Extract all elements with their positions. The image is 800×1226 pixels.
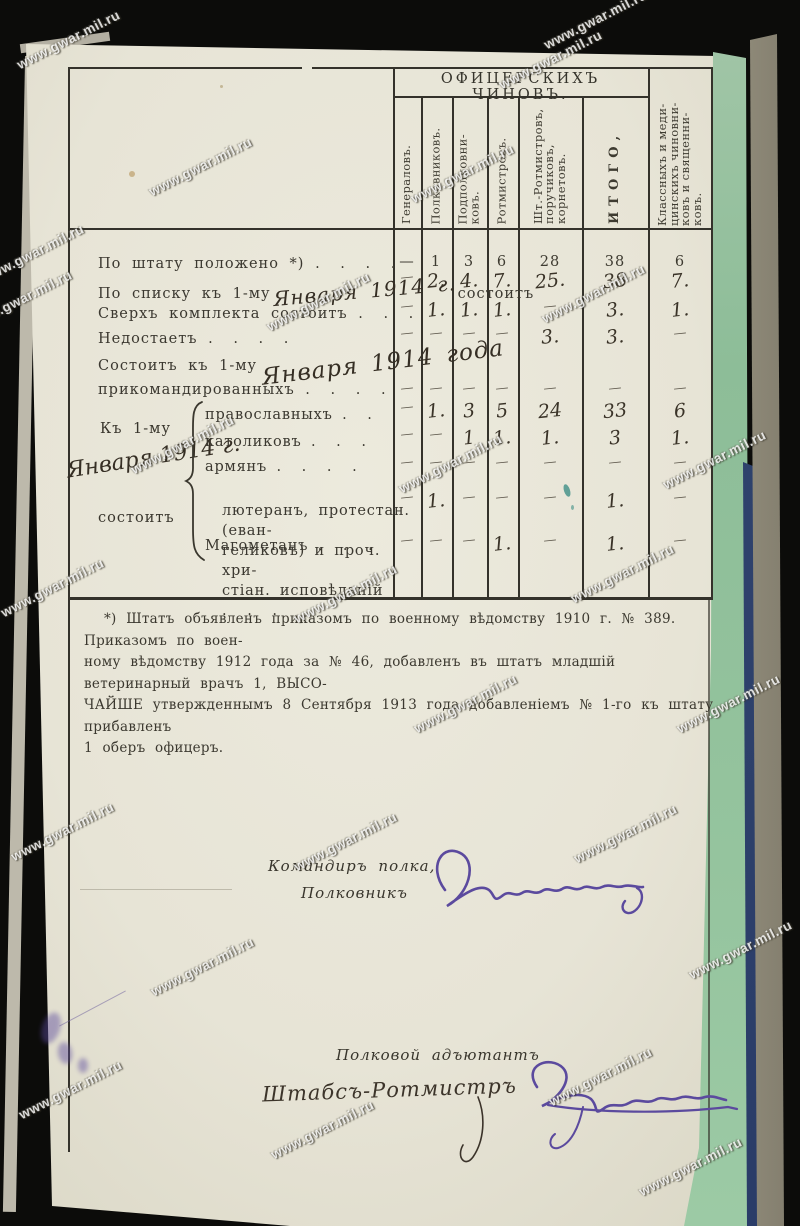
- table-cell-value: —: [462, 380, 476, 396]
- table-cell-value: 24: [537, 399, 563, 423]
- table-cell-value: —: [673, 532, 687, 548]
- table-cell-value: —: [400, 532, 414, 548]
- table-cell-value: —: [400, 399, 414, 415]
- table-cell-value: —: [543, 380, 557, 396]
- table-cell-value: 38: [605, 254, 625, 270]
- table-cell-value: —: [543, 489, 557, 505]
- table-cell-value: —: [673, 380, 687, 396]
- column-header-staff-rotmisters: Шт.-Ротмистровъ, поручиковъ, корнетовъ.: [518, 100, 582, 224]
- table-cell-value: 1.: [605, 532, 625, 556]
- table-cell-value: 1.: [605, 489, 625, 513]
- paper-stain: [129, 171, 135, 177]
- table-cell-value: 3: [608, 426, 622, 449]
- column-header-civil-clergy: Классныхъ и меди- цинскихъ чиновни- ковъ…: [650, 74, 710, 226]
- table-row-values: —1.3524336: [393, 400, 712, 426]
- table-cell-value: 7.: [492, 269, 512, 293]
- table-cell-value: 1: [431, 254, 441, 270]
- table-cell-value: 6: [675, 254, 685, 270]
- group-side-label-top: Къ 1-му: [100, 421, 171, 437]
- table-cell-value: —: [400, 298, 414, 314]
- table-cell-value: 3: [464, 254, 474, 270]
- table-cell-value: —: [400, 380, 414, 396]
- dot-leader: . . .: [311, 434, 366, 450]
- adjutant-signature: [250, 1055, 750, 1180]
- commander-signature: [415, 838, 665, 938]
- table-cell-value: —: [495, 380, 509, 396]
- table-row-values: ————3.3.—: [393, 326, 712, 352]
- table-group-title: ОФИЦЕРСКИХЪ ЧИНОВЪ.: [393, 71, 648, 103]
- row-label-attached: Состоитъ къ 1-муЯнваря 1914 года прикома…: [98, 350, 394, 398]
- frame-top-line-right: [312, 67, 712, 69]
- column-header-colonels: Полковниковъ.: [421, 101, 452, 225]
- pencil-line: [80, 889, 232, 890]
- row-label-shortage: Недостаетъ . . . .: [98, 331, 394, 347]
- table-cell-value: 3.: [605, 298, 625, 322]
- table-cell-value: —: [462, 454, 476, 470]
- table-cell-value: 1.: [426, 489, 446, 513]
- table-cell-value: —: [495, 454, 509, 470]
- table-cell-value: —: [543, 532, 557, 548]
- table-cell-value: —: [400, 454, 414, 470]
- table-cell-value: —: [462, 325, 476, 341]
- table-row-values: —2.4.7.25.387.: [393, 270, 712, 296]
- table-cell-value: 1.: [492, 532, 512, 556]
- table-cell-value: 7.: [670, 269, 690, 293]
- table-cell-value: —: [673, 489, 687, 505]
- table-row-values: ———————: [393, 455, 712, 481]
- table-cell-value: 1.: [492, 426, 512, 450]
- table-row-values: —1.1.1.—3.1.: [393, 299, 712, 325]
- table-cell-value: —: [495, 325, 509, 341]
- table-cell-value: 1.: [426, 399, 446, 423]
- table-cell-value: —: [495, 489, 509, 505]
- table-cell-value: 25.: [534, 268, 566, 293]
- dot-leader: . . . .: [315, 256, 395, 272]
- table-cell-value: —: [429, 426, 443, 442]
- table-cell-value: 1.: [670, 426, 690, 450]
- table-cell-value: —: [400, 489, 414, 505]
- table-cell-value: 1: [462, 426, 476, 449]
- table-cell-value: 1.: [670, 298, 690, 322]
- footnote: *) Штатъ объявленъ приказомъ по военному…: [84, 609, 714, 760]
- table-cell-value: —: [462, 532, 476, 548]
- table-cell-value: 33: [602, 399, 628, 423]
- table-cell-value: 6: [497, 254, 507, 270]
- commander-title: Командиръ полка,: [268, 857, 435, 875]
- table-row-values: ———1.—1.—: [393, 533, 712, 559]
- table-cell-value: —: [673, 454, 687, 470]
- table-cell-value: —: [608, 380, 622, 396]
- scanned-document-page: ОФИЦЕРСКИХЪ ЧИНОВЪ. Генераловъ. Полковни…: [0, 0, 800, 1226]
- column-header-lt-colonels: Подполковни- ковъ.: [452, 101, 487, 225]
- row-label-authorized: По штату положено *) . . . .: [98, 256, 394, 272]
- paper-stain: [220, 85, 223, 88]
- commander-rank: Полковникъ: [301, 884, 408, 902]
- table-cell-value: —: [543, 298, 557, 314]
- table-cell-value: —: [399, 254, 415, 270]
- table-cell-value: 1.: [492, 298, 512, 322]
- row-label-over-complement: Сверхъ комплекта состоитъ . . .: [98, 306, 394, 322]
- group-side-label-bottom: состоитъ: [98, 510, 175, 526]
- table-cell-value: 3.: [540, 325, 560, 349]
- table-cell-value: —: [429, 532, 443, 548]
- table-cell-value: —: [400, 426, 414, 442]
- row-label-mohammedan: Магометанъ . . .: [205, 538, 395, 554]
- table-cell-value: 6: [673, 399, 687, 422]
- ink-speck-teal: [571, 505, 574, 510]
- table-cell-value: 2.: [426, 269, 446, 293]
- watermark-text: www.gwar.mil.ru: [542, 0, 650, 52]
- frame-top-line-left: [68, 67, 302, 69]
- table-cell-value: —: [429, 380, 443, 396]
- row-label-armenian: армянъ . . . .: [205, 459, 395, 475]
- table-cell-value: 1.: [459, 298, 479, 322]
- dot-leader: . . . .: [305, 382, 385, 398]
- header-bottom-line: [68, 228, 712, 230]
- dot-leader: . . . .: [208, 331, 288, 347]
- dot-leader: . . .: [318, 538, 373, 554]
- table-cell-value: 1.: [540, 426, 560, 450]
- table-cell-value: 3.: [605, 325, 625, 349]
- table-cell-value: —: [400, 325, 414, 341]
- table-cell-value: 5: [495, 399, 509, 422]
- table-row-values: —1.———1.—: [393, 490, 712, 516]
- table-cell-value: —: [429, 454, 443, 470]
- table-cell-value: —: [429, 325, 443, 341]
- table-cell-value: —: [673, 325, 687, 341]
- table-cell-value: 4.: [459, 269, 479, 293]
- table-cell-value: 3: [462, 399, 476, 422]
- table-cell-value: —: [608, 454, 622, 470]
- column-header-total: ИТОГО,: [582, 100, 648, 224]
- ink-smudge: [78, 1058, 88, 1073]
- table-cell-value: —: [400, 269, 414, 285]
- column-header-rotmisters: Ротмистровъ.: [487, 101, 518, 225]
- row-label-catholic: католиковъ . . .: [205, 434, 395, 450]
- row-label-on-list: По списку къ 1-муЯнваря 1914 г.состоитъ: [98, 279, 394, 303]
- dot-leader: . . . .: [276, 459, 356, 475]
- table-cell-value: —: [543, 454, 557, 470]
- column-header-generals: Генераловъ.: [393, 100, 421, 224]
- table-cell-value: —: [462, 489, 476, 505]
- table-cell-value: 38: [602, 269, 628, 293]
- table-cell-value: 1.: [426, 298, 446, 322]
- table-cell-value: 28: [540, 254, 560, 270]
- table-row-values: ——11.1.31.: [393, 427, 712, 453]
- group-brace: [184, 400, 206, 562]
